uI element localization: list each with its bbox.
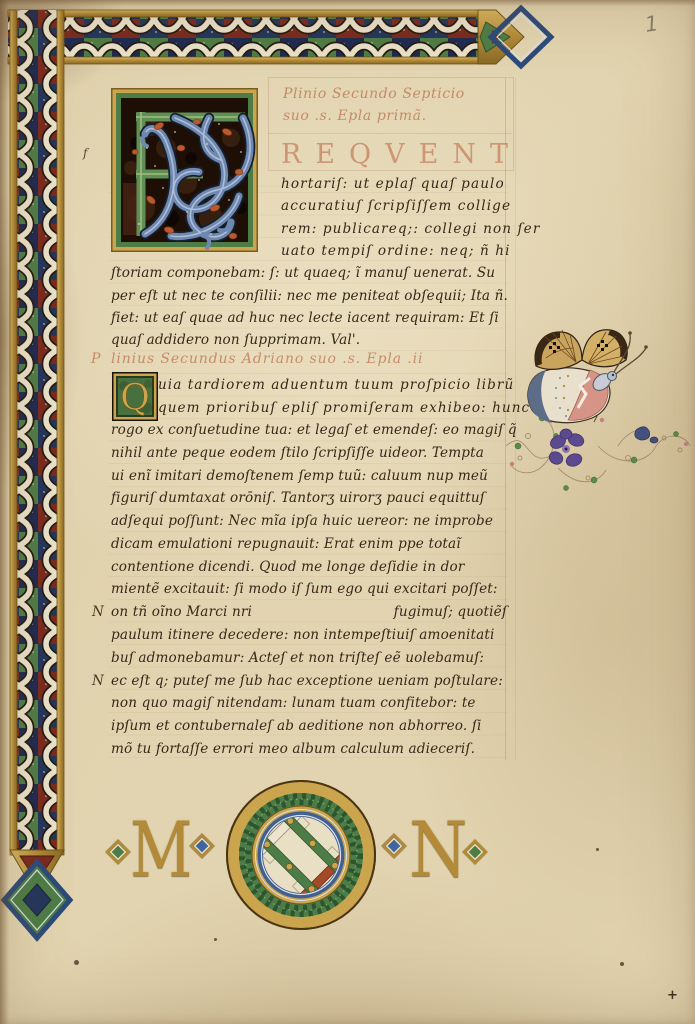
border-finial-top-right <box>478 8 551 66</box>
butterfly <box>528 330 648 423</box>
gap-line-right: fugimuſ; quotiẽſ <box>394 604 507 621</box>
monogram-letter-N: N <box>409 812 468 888</box>
text-line: quem prioribuſ epliſ promiſeram exhibeo:… <box>158 400 530 417</box>
cross-mark: + <box>667 988 678 1003</box>
page-top-edge-shadow <box>0 0 695 6</box>
text-line: fiet: ut eaſ quae ad huc nec lecte iacen… <box>111 310 499 327</box>
rubric-letter2-marginal-P: P <box>91 351 101 367</box>
wreath-medallion <box>225 779 377 931</box>
quire-mark: f <box>83 146 87 160</box>
text-line: figuriſ dumtaxat orōniſ. Tantorʒ uirorʒ … <box>111 490 485 507</box>
ink-speck <box>596 848 599 851</box>
text-line: ui enĩ imitari demoſtenem ſemp tuũ: calu… <box>111 468 488 485</box>
text-line: ſtoriam componebam: ſ: ut quaeq; ĩ manuſ… <box>111 265 495 282</box>
rubric-letter2: linius Secundus Adriano suo .s. Epla .ii <box>111 351 423 367</box>
text-line: per eſt ut nec te conſilii: nec me penit… <box>111 288 508 305</box>
border-top-band <box>8 10 494 64</box>
marginal-letter-N: N <box>92 604 104 620</box>
ink-speck <box>74 960 79 965</box>
text-line-with-gap: on tñ oĩno Marci nri fugimuſ; quotiẽſ <box>111 604 507 621</box>
text-line: buſ admonebamur: Acteſ et non triſteſ eẽ… <box>111 650 484 667</box>
text-line: quaſ addidero non ſupprimam. Val'. <box>111 332 360 349</box>
text-line: non quo magiſ nitendam: lunam tuam confi… <box>111 695 476 712</box>
floral-leaves <box>515 415 679 491</box>
manuscript-page: Plinio Secundo Septicio suo .s. Epla pri… <box>0 0 695 1024</box>
text-line: ipſum et contubernaleſ ab aeditione non … <box>111 718 482 735</box>
text-line: mientẽ excitauit: ſi modo iſ ſum ego qui… <box>111 581 498 598</box>
text-line: dicam emulationi repugnauit: Erat enim p… <box>111 536 461 553</box>
illuminated-initial-Q: Q <box>112 372 158 421</box>
monogram-letter-M: M <box>130 812 192 888</box>
rubric-letter1-line2: suo .s. Epla primã. <box>283 108 427 124</box>
rubric-letter1-line1: Plinio Secundo Septicio <box>283 86 465 102</box>
text-line: uato tempiſ ordine: neq; ñ hi <box>281 243 511 260</box>
text-line: accuratiuſ ſcripſiſſem collige <box>281 198 511 215</box>
text-line: rogo ex conſuetudine tua: et legaſ et em… <box>111 422 517 439</box>
initial-Q-letterform: Q <box>120 378 150 419</box>
page-left-edge-shadow <box>0 0 9 1024</box>
text-line: mõ tu fortaſſe errori meo album calculum… <box>111 741 475 758</box>
text-line: paulum itinere decedere: non intempeſtiu… <box>111 627 495 644</box>
gap-line-left: on tñ oĩno Marci nri <box>111 604 252 621</box>
display-capitals: REQVENT <box>281 139 522 170</box>
butterfly-illustration <box>498 318 695 503</box>
floral-penwork <box>506 418 690 482</box>
marginal-letter-N: N <box>92 673 104 689</box>
illuminated-initial-F <box>111 88 258 252</box>
text-line: ec eſt q; puteſ me ſub hac exceptione ue… <box>111 673 503 690</box>
text-line: contentione dicendi. Quod me longe deſid… <box>111 559 465 576</box>
text-line: nihil ante peque eodem ſtilo ſcripſiſſe … <box>111 445 484 462</box>
text-line: adſequi poſſunt: Nec mĩa ipſa huic uereo… <box>111 513 493 530</box>
text-line: hortariſ: ut eplaſ quaſ paulo <box>281 176 505 193</box>
blue-buds <box>635 427 658 443</box>
ink-speck <box>620 962 624 966</box>
header-ruling-line <box>268 133 512 134</box>
text-line: rem: publicareq;: collegi non ſer <box>281 221 540 238</box>
border-left-band <box>10 10 64 855</box>
text-line: uia tardiorem aduentum tuum proſpicio li… <box>158 377 514 394</box>
ink-speck <box>214 938 217 941</box>
border-finial-bottom <box>4 850 70 938</box>
